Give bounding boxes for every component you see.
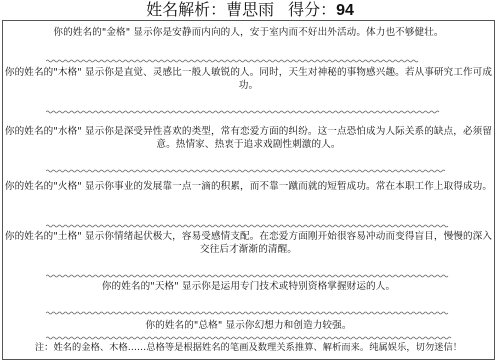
section-mu-ge: 你的姓名的"木格" 显示你是直觉、灵感比一般人敏锐的人。同时，天生对神秘的事物感…: [3, 66, 494, 92]
section-tu-ge: 你的姓名的"土格" 显示你情绪起伏极大，容易受感情支配。在恋爱方面刚开始很容易冲…: [3, 230, 494, 256]
analysis-box: 你的姓名的"金格" 显示你是安静而内向的人，安于室内而不好出外活动。体力也不够健…: [2, 20, 495, 355]
page-title: 姓名解析：曹思雨得分：94: [0, 0, 500, 20]
separator: [46, 59, 456, 63]
separator: [46, 110, 456, 114]
separator: [46, 274, 456, 278]
section-jin-ge: 你的姓名的"金格" 显示你是安静而内向的人，安于室内而不好出外活动。体力也不够健…: [3, 26, 494, 39]
score-value: 94: [336, 2, 354, 19]
title-prefix: 姓名解析：: [146, 0, 226, 19]
section-zong-ge: 你的姓名的"总格" 显示你幻想力和创造力较强。: [3, 319, 494, 332]
section-tian-ge: 你的姓名的"天格" 显示你是运用专门技术或特别资格掌握财运的人。: [3, 280, 494, 293]
score-label: 得分：: [288, 0, 336, 19]
section-huo-ge: 你的姓名的"火格" 显示你事业的发展靠一点一滴的积累，而不靠一蹴而就的短暂成功。…: [3, 180, 494, 193]
separator: [46, 224, 456, 228]
separator: [46, 169, 456, 173]
separator: [46, 311, 456, 315]
person-name: 曹思雨: [226, 0, 274, 19]
section-shui-ge: 你的姓名的"水格" 显示你是深受异性喜欢的类型，常有恋爱方面的纠纷。这一点恐怕成…: [3, 125, 494, 151]
disclaimer-note: 注：姓名的金格、木格……总格等是根据姓名的笔画及数理关系推算、解析而来。纯属娱乐…: [3, 341, 494, 354]
separator: [46, 336, 456, 340]
